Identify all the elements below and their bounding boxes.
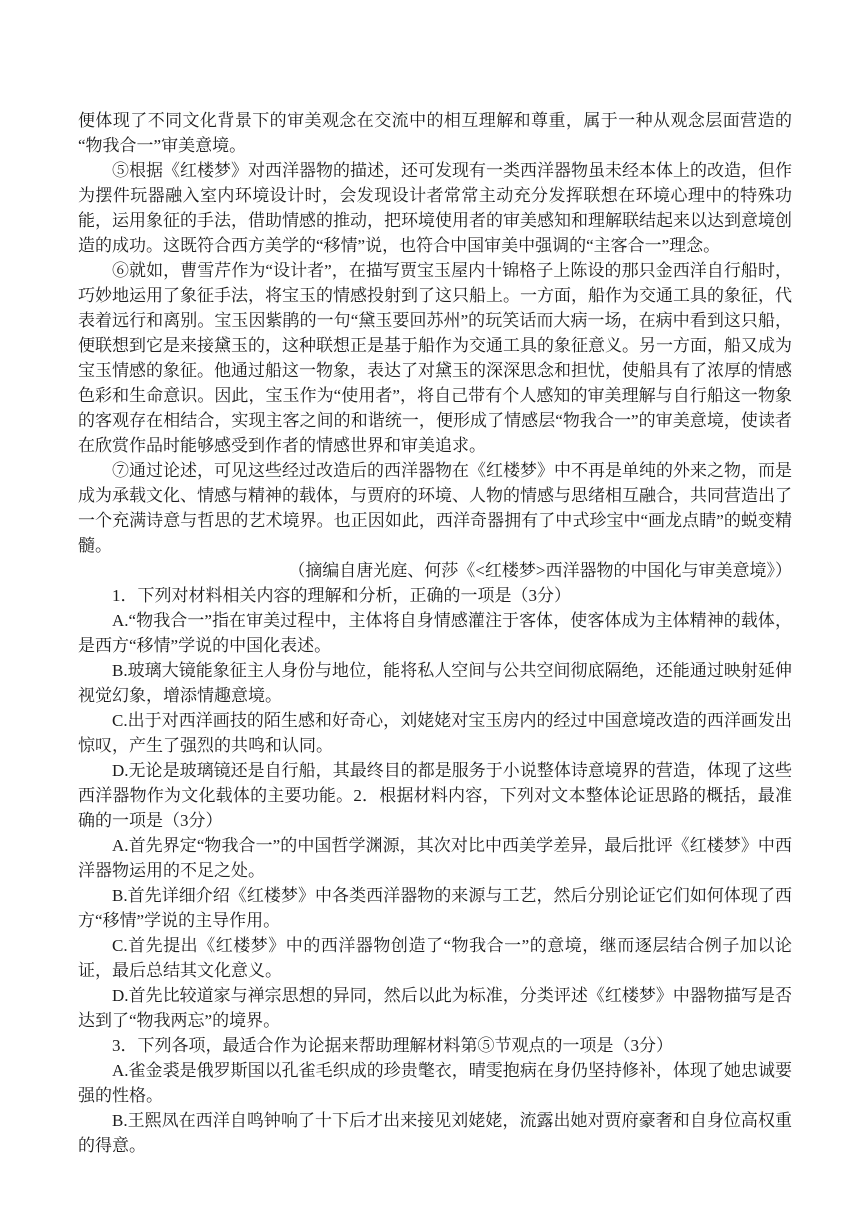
question-1: 1．下列对材料相关内容的理解和分析，正确的一项是（3分） — [78, 583, 792, 608]
question-1-option-d-and-question-2: D.无论是玻璃镜还是自行船，其最终目的都是服务于小说整体诗意境界的营造，体现了这… — [78, 758, 792, 833]
body-paragraph-6: ⑥就如，曹雪芹作为“设计者”，在描写贾宝玉屋内十锦格子上陈设的那只金西洋自行船时… — [78, 258, 792, 458]
question-1-option-c: C.出于对西洋画技的陌生感和好奇心，刘姥姥对宝玉房内的经过中国意境改造的西洋画发… — [78, 708, 792, 758]
question-2-option-c: C.首先提出《红楼梦》中的西洋器物创造了“物我合一”的意境，继而逐层结合例子加以… — [78, 933, 792, 983]
body-paragraph-continuation: 便体现了不同文化背景下的审美观念在交流中的相互理解和尊重，属于一种从观念层面营造… — [78, 108, 792, 158]
citation-line: （摘编自唐光庭、何莎《<红楼梦>西洋器物的中国化与审美意境》） — [78, 558, 792, 583]
body-paragraph-7: ⑦通过论述，可见这些经过改造后的西洋器物在《红楼梦》中不再是单纯的外来之物，而是… — [78, 458, 792, 558]
body-paragraph-5: ⑤根据《红楼梦》对西洋器物的描述，还可发现有一类西洋器物虽未经本体上的改造，但作… — [78, 158, 792, 258]
question-3-option-a: A.雀金裘是俄罗斯国以孔雀毛织成的珍贵氅衣，晴雯抱病在身仍坚持修补，体现了她忠诚… — [78, 1058, 792, 1108]
question-3-option-b: B.王熙凤在西洋自鸣钟响了十下后才出来接见刘姥姥，流露出她对贾府豪奢和自身位高权… — [78, 1108, 792, 1158]
question-1-option-b: B.玻璃大镜能象征主人身份与地位，能将私人空间与公共空间彻底隔绝，还能通过映射延… — [78, 658, 792, 708]
question-2-option-b: B.首先详细介绍《红楼梦》中各类西洋器物的来源与工艺，然后分别论证它们如何体现了… — [78, 883, 792, 933]
document-page: 便体现了不同文化背景下的审美观念在交流中的相互理解和尊重，属于一种从观念层面营造… — [0, 0, 868, 1227]
question-2-option-d: D.首先比较道家与禅宗思想的异同，然后以此为标准，分类评述《红楼梦》中器物描写是… — [78, 983, 792, 1033]
question-1-option-a: A.“物我合一”指在审美过程中，主体将自身情感灌注于客体，使客体成为主体精神的载… — [78, 608, 792, 658]
question-3: 3．下列各项，最适合作为论据来帮助理解材料第⑤节观点的一项是（3分） — [78, 1033, 792, 1058]
question-2-option-a: A.首先界定“物我合一”的中国哲学渊源，其次对比中西美学差异，最后批评《红楼梦》… — [78, 833, 792, 883]
